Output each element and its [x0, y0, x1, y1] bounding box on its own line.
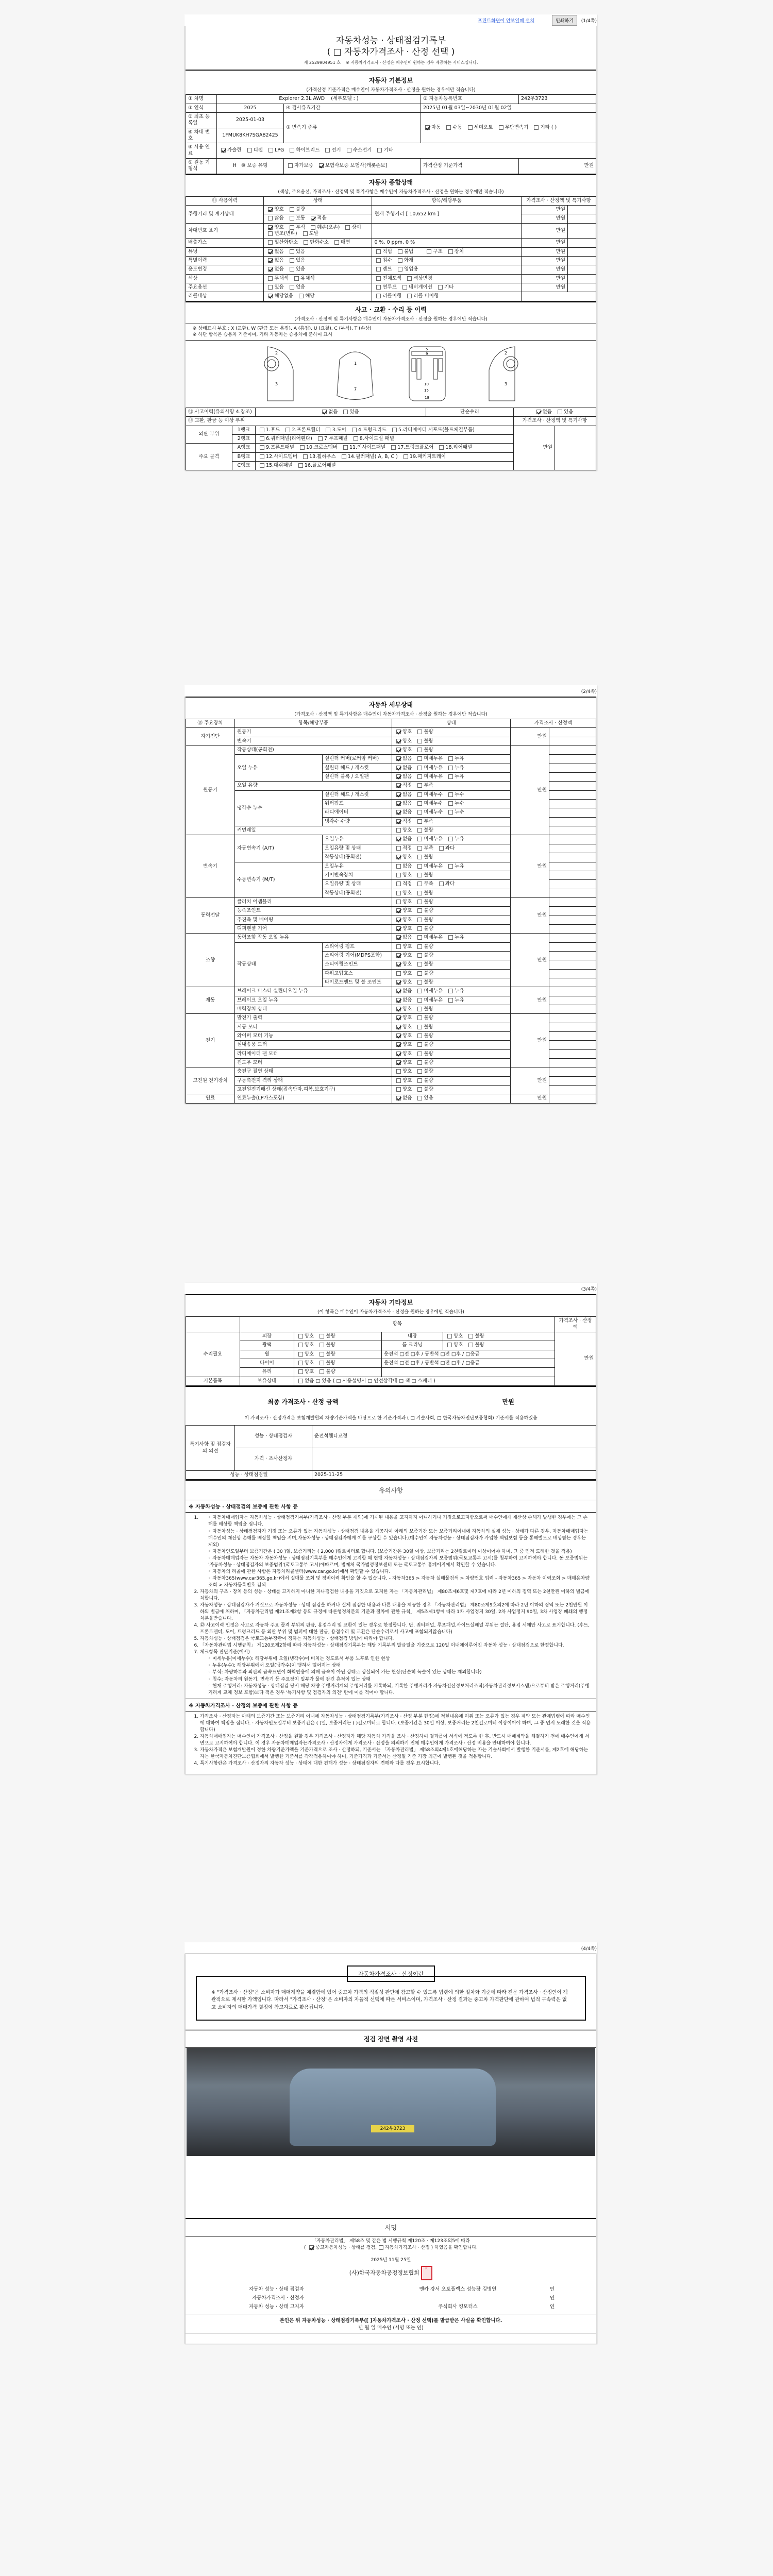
- checkbox-icon[interactable]: [468, 1334, 473, 1338]
- checkbox-icon[interactable]: [499, 125, 503, 130]
- checkbox-option[interactable]: 불량: [415, 953, 433, 958]
- checkbox-icon[interactable]: [417, 810, 422, 815]
- checkbox-icon[interactable]: [268, 240, 273, 245]
- checkbox-icon[interactable]: [320, 1352, 324, 1357]
- checkbox-option[interactable]: 8.사이드실 패널: [351, 436, 394, 442]
- checkbox-icon[interactable]: [298, 463, 303, 468]
- checkbox-option[interactable]: 누유: [446, 863, 464, 869]
- print-button[interactable]: 인쇄하기: [552, 15, 577, 26]
- checkbox-icon[interactable]: [396, 792, 401, 797]
- checkbox-icon[interactable]: [285, 428, 290, 432]
- checkbox-icon[interactable]: [396, 1060, 401, 1065]
- checkbox-option[interactable]: 무단변속기: [497, 125, 529, 130]
- checkbox-icon[interactable]: [448, 998, 453, 1003]
- checkbox-option[interactable]: 양호: [296, 1342, 314, 1348]
- checkbox-icon[interactable]: [290, 267, 294, 272]
- checkbox-option[interactable]: 기타: [375, 147, 393, 153]
- checkbox-icon[interactable]: [417, 864, 422, 869]
- checkbox-icon[interactable]: [396, 926, 401, 931]
- checkbox-option[interactable]: 누수: [446, 801, 464, 806]
- checkbox-icon[interactable]: [417, 1015, 422, 1020]
- checkbox-option[interactable]: 6.쿼터패널(리어휀다): [258, 436, 312, 442]
- checkbox-icon[interactable]: [268, 267, 273, 272]
- checkbox-option[interactable]: 없음: [288, 284, 305, 290]
- checkbox-option[interactable]: 양호: [394, 908, 412, 913]
- checkbox-icon[interactable]: [417, 756, 422, 761]
- checkbox-option[interactable]: 불량: [415, 1060, 433, 1065]
- checkbox-icon[interactable]: [268, 258, 273, 263]
- checkbox-option[interactable]: 양호: [394, 1042, 412, 1047]
- checkbox-icon[interactable]: [417, 792, 422, 797]
- checkbox-icon[interactable]: [268, 148, 273, 152]
- checkbox-option[interactable]: 양호: [394, 747, 412, 753]
- checkbox-option[interactable]: 양호: [394, 827, 412, 833]
- checkbox-icon[interactable]: [439, 882, 444, 886]
- checkbox-option[interactable]: 부족: [415, 845, 433, 851]
- checkbox-option[interactable]: 있음: [288, 258, 305, 263]
- checkbox-icon[interactable]: [377, 148, 382, 152]
- checkbox-icon[interactable]: [320, 1334, 324, 1338]
- checkbox-option[interactable]: 적정: [394, 783, 412, 788]
- checkbox-icon[interactable]: [290, 216, 294, 221]
- checkbox-option[interactable]: 양호: [445, 1333, 463, 1339]
- checkbox-option[interactable]: 있음: [266, 284, 283, 290]
- checkbox-option[interactable]: 장치: [446, 249, 464, 255]
- checkbox-option[interactable]: 양호: [394, 1033, 412, 1039]
- checkbox-option[interactable]: 양호: [394, 1069, 412, 1074]
- checkbox-icon[interactable]: [396, 900, 401, 904]
- checkbox-icon[interactable]: [268, 231, 273, 236]
- checkbox-icon[interactable]: [417, 766, 422, 770]
- checkbox-option[interactable]: 불량: [415, 1087, 433, 1092]
- checkbox-icon[interactable]: [298, 1379, 303, 1383]
- checkbox-option[interactable]: 5.라디에이터 서포트(볼트체결부품): [390, 427, 475, 433]
- checkbox-option[interactable]: 화재: [396, 258, 413, 263]
- checkbox-option[interactable]: 적정: [394, 845, 412, 851]
- checkbox-icon[interactable]: [448, 989, 453, 993]
- checkbox-icon[interactable]: [536, 410, 541, 414]
- checkbox-icon[interactable]: [396, 953, 401, 958]
- checkbox-option[interactable]: 전기: [323, 147, 341, 153]
- checkbox-icon[interactable]: [268, 249, 273, 254]
- checkbox-icon[interactable]: [268, 225, 273, 230]
- checkbox-icon[interactable]: [417, 774, 422, 779]
- checkbox-icon[interactable]: [396, 1096, 401, 1100]
- checkbox-option[interactable]: 매연: [332, 240, 350, 245]
- checkbox-icon[interactable]: [417, 971, 422, 976]
- checkbox-option[interactable]: 불량: [415, 979, 433, 985]
- checkbox-icon[interactable]: [391, 445, 396, 450]
- checkbox-icon[interactable]: [376, 267, 381, 272]
- checkbox-option[interactable]: 과다: [437, 845, 455, 851]
- checkbox-option[interactable]: 없음: [394, 792, 412, 798]
- checkbox-icon[interactable]: [260, 445, 264, 450]
- checkbox-icon[interactable]: [320, 1343, 324, 1347]
- checkbox-icon[interactable]: [417, 900, 422, 904]
- checkbox-icon[interactable]: [268, 276, 273, 281]
- checkbox-option[interactable]: 19.패키지트레이: [401, 454, 446, 460]
- checkbox-option[interactable]: 침수: [374, 258, 392, 263]
- checkbox-icon[interactable]: [354, 436, 358, 441]
- checkbox-icon[interactable]: [396, 1069, 401, 1074]
- checkbox-option[interactable]: 미세누유: [415, 988, 443, 994]
- checkbox-icon[interactable]: [447, 1334, 452, 1338]
- checkbox-icon[interactable]: [334, 240, 339, 245]
- checkbox-icon[interactable]: [260, 463, 264, 468]
- checkbox-icon[interactable]: [268, 216, 273, 221]
- checkbox-icon[interactable]: [417, 837, 422, 841]
- checkbox-option[interactable]: 없음: [394, 997, 412, 1003]
- checkbox-icon[interactable]: [298, 1369, 303, 1374]
- checkbox-option[interactable]: 양호: [394, 854, 412, 860]
- checkbox-icon[interactable]: [396, 1007, 401, 1011]
- checkbox-icon[interactable]: [417, 1042, 422, 1047]
- checkbox-option[interactable]: 세미오토: [466, 125, 493, 130]
- checkbox-option[interactable]: 양호: [394, 1087, 412, 1092]
- checkbox-option[interactable]: 탄화수소: [301, 240, 329, 245]
- checkbox-icon[interactable]: [448, 792, 453, 797]
- checkbox-icon[interactable]: [417, 1025, 422, 1029]
- checkbox-option[interactable]: 없음: [394, 863, 412, 869]
- checkbox-icon[interactable]: [417, 1052, 422, 1056]
- checkbox-icon[interactable]: [402, 285, 407, 290]
- checkbox-icon[interactable]: [446, 125, 451, 130]
- checkbox-option[interactable]: 불법: [396, 249, 413, 255]
- checkbox-option[interactable]: 수소전기: [345, 147, 372, 153]
- checkbox-option[interactable]: 색상변경: [405, 276, 432, 281]
- checkbox-icon[interactable]: [396, 962, 401, 967]
- checkbox-option[interactable]: 하이브리드: [288, 147, 320, 153]
- checkbox-icon[interactable]: [468, 1343, 473, 1347]
- checkbox-icon[interactable]: [398, 249, 402, 254]
- checkbox-icon[interactable]: [396, 980, 401, 985]
- checkbox-option[interactable]: 해당없음: [266, 293, 293, 299]
- checkbox-option[interactable]: 18.리어패널: [437, 445, 472, 450]
- checkbox-icon[interactable]: [221, 148, 226, 152]
- checkbox-option[interactable]: 불량: [415, 890, 433, 896]
- checkbox-option[interactable]: 누수: [446, 809, 464, 815]
- checkbox-option[interactable]: 기타 ( ): [532, 125, 557, 130]
- checkbox-icon[interactable]: [396, 864, 401, 869]
- checkbox-option[interactable]: 누유: [446, 988, 464, 994]
- checkbox-option[interactable]: 누유: [446, 774, 464, 779]
- checkbox-icon[interactable]: [396, 1042, 401, 1047]
- checkbox-icon[interactable]: [417, 980, 422, 985]
- checkbox-icon[interactable]: [448, 756, 453, 761]
- checkbox-icon[interactable]: [417, 908, 422, 913]
- checkbox-icon[interactable]: [298, 1343, 303, 1347]
- checkbox-option[interactable]: 불량: [317, 1342, 335, 1348]
- checkbox-icon[interactable]: [448, 774, 453, 779]
- checkbox-option[interactable]: 양호: [394, 1006, 412, 1012]
- checkbox-icon[interactable]: [318, 436, 323, 441]
- checkbox-icon[interactable]: [417, 891, 422, 895]
- checkbox-icon[interactable]: [396, 828, 401, 833]
- checkbox-option[interactable]: 없음: [266, 266, 283, 272]
- checkbox-option[interactable]: 불량: [415, 1024, 433, 1030]
- checkbox-icon[interactable]: [290, 148, 294, 152]
- checkbox-option[interactable]: 불량: [415, 738, 433, 744]
- checkbox-icon[interactable]: [396, 846, 401, 851]
- checkbox-icon[interactable]: [345, 225, 350, 230]
- checkbox-icon[interactable]: [352, 428, 357, 432]
- checkbox-option[interactable]: 도말: [301, 231, 318, 236]
- checkbox-icon[interactable]: [417, 739, 422, 743]
- checkbox-icon[interactable]: [396, 918, 401, 922]
- checkbox-option[interactable]: 유채색: [292, 276, 315, 281]
- checkbox-option[interactable]: 양호: [394, 738, 412, 744]
- checkbox-icon[interactable]: [417, 1033, 422, 1038]
- checkbox-icon[interactable]: [376, 258, 381, 263]
- checkbox-option[interactable]: 해당: [297, 293, 314, 299]
- checkbox-icon[interactable]: [260, 454, 264, 459]
- checkbox-icon[interactable]: [290, 225, 294, 230]
- checkbox-icon[interactable]: [534, 125, 539, 130]
- checkbox-icon[interactable]: [320, 1361, 324, 1365]
- checkbox-option[interactable]: 없음: [394, 801, 412, 806]
- checkbox-option[interactable]: 불량: [415, 729, 433, 735]
- checkbox-option[interactable]: 적법: [374, 249, 392, 255]
- checkbox-option[interactable]: 양호: [394, 899, 412, 905]
- checkbox-icon[interactable]: [303, 231, 308, 236]
- checkbox-icon[interactable]: [342, 454, 346, 459]
- checkbox-icon[interactable]: [417, 926, 422, 931]
- checkbox-option[interactable]: 디젤: [245, 147, 263, 153]
- checkbox-option[interactable]: 양호: [296, 1369, 314, 1375]
- checkbox-option[interactable]: 9.프론트패널: [258, 445, 294, 450]
- checkbox-icon[interactable]: [304, 240, 308, 245]
- checkbox-icon[interactable]: [298, 1334, 303, 1338]
- checkbox-icon[interactable]: [396, 766, 401, 770]
- checkbox-option[interactable]: 전체도색: [374, 276, 401, 281]
- checkbox-option[interactable]: 렌트: [374, 266, 392, 272]
- checkbox-option[interactable]: 가솔린: [219, 147, 242, 153]
- checkbox-option[interactable]: 양호: [266, 225, 283, 230]
- checkbox-option[interactable]: 양호: [394, 961, 412, 967]
- checkbox-option[interactable]: 양호: [394, 979, 412, 985]
- checkbox-option[interactable]: 있음: [341, 409, 359, 415]
- checkbox-icon[interactable]: [347, 148, 351, 152]
- checkbox-icon[interactable]: [396, 1087, 401, 1092]
- checkbox-icon[interactable]: [396, 989, 401, 993]
- checkbox-option[interactable]: 불량: [415, 1042, 433, 1047]
- checkbox-icon[interactable]: [417, 953, 422, 958]
- checkbox-icon[interactable]: [396, 873, 401, 877]
- checkbox-option[interactable]: 부족: [415, 783, 433, 788]
- checkbox-option[interactable]: 부식: [288, 225, 305, 230]
- checkbox-option[interactable]: 미세누유: [415, 997, 443, 1003]
- checkbox-option[interactable]: 없음: [394, 774, 412, 779]
- checkbox-option[interactable]: 양호: [296, 1360, 314, 1366]
- checkbox-option[interactable]: 자가보증: [286, 163, 313, 168]
- checkbox-icon[interactable]: [417, 935, 422, 940]
- checkbox-option[interactable]: 자동: [423, 125, 441, 130]
- checkbox-option[interactable]: 미세누수: [415, 792, 443, 798]
- checkbox-icon[interactable]: [247, 148, 252, 152]
- checkbox-icon[interactable]: [343, 445, 348, 450]
- checkbox-icon[interactable]: [407, 294, 412, 298]
- checkbox-icon[interactable]: [303, 454, 308, 459]
- checkbox-option[interactable]: 없음: [394, 765, 412, 771]
- checkbox-option[interactable]: 썬루프: [374, 284, 397, 290]
- checkbox-icon[interactable]: [448, 766, 453, 770]
- checkbox-icon[interactable]: [298, 1352, 303, 1357]
- checkbox-icon[interactable]: [396, 1052, 401, 1056]
- checkbox-option[interactable]: 불량: [317, 1333, 335, 1339]
- checkbox-option[interactable]: 불량: [415, 827, 433, 833]
- checkbox-option[interactable]: 양호: [394, 953, 412, 958]
- checkbox-option[interactable]: 상이: [343, 225, 361, 230]
- checkbox-option[interactable]: 변조(변타): [266, 231, 297, 236]
- checkbox-icon[interactable]: [396, 730, 401, 734]
- checkbox-option[interactable]: 불량: [415, 917, 433, 923]
- checkbox-option[interactable]: 불량: [288, 207, 305, 212]
- checkbox-option[interactable]: 적정: [394, 819, 412, 824]
- checkbox-icon[interactable]: [396, 891, 401, 895]
- checkbox-icon[interactable]: [417, 748, 422, 752]
- checkbox-icon[interactable]: [396, 935, 401, 940]
- checkbox-icon[interactable]: [298, 1361, 303, 1365]
- checkbox-option[interactable]: 불량: [415, 944, 433, 950]
- checkbox-option[interactable]: 보통: [288, 215, 305, 221]
- checkbox-icon[interactable]: [396, 944, 401, 949]
- checkbox-option[interactable]: 양호: [296, 1351, 314, 1357]
- checkbox-icon[interactable]: [260, 436, 264, 441]
- checkbox-option[interactable]: 미세누수: [415, 809, 443, 815]
- checkbox-option[interactable]: 미세누유: [415, 774, 443, 779]
- checkbox-option[interactable]: 미세누유: [415, 863, 443, 869]
- checkbox-icon[interactable]: [417, 1087, 422, 1092]
- checkbox-option[interactable]: 양호: [394, 917, 412, 923]
- checkbox-icon[interactable]: [417, 1069, 422, 1074]
- checkbox-icon[interactable]: [326, 428, 330, 432]
- checkbox-option[interactable]: 양호: [394, 890, 412, 896]
- checkbox-option[interactable]: 영업용: [396, 266, 418, 272]
- checkbox-icon[interactable]: [417, 855, 422, 859]
- checkbox-option[interactable]: 없음: [266, 249, 283, 255]
- checkbox-option[interactable]: 리콜 미이행: [405, 293, 439, 299]
- checkbox-option[interactable]: 양호: [394, 729, 412, 735]
- checkbox-option[interactable]: 불량: [415, 854, 433, 860]
- checkbox-icon[interactable]: [325, 148, 330, 152]
- checkbox-option[interactable]: 없음: [534, 409, 552, 415]
- checkbox-icon[interactable]: [322, 410, 327, 414]
- checkbox-option[interactable]: 누유: [446, 997, 464, 1003]
- checkbox-icon[interactable]: [417, 819, 422, 824]
- checkbox-option[interactable]: 무채색: [266, 276, 289, 281]
- checkbox-icon[interactable]: [288, 163, 293, 168]
- checkbox-icon[interactable]: [448, 864, 453, 869]
- checkbox-icon[interactable]: [396, 774, 401, 779]
- checkbox-option[interactable]: 없음: [394, 756, 412, 761]
- checkbox-option[interactable]: 양호: [394, 1060, 412, 1065]
- checkbox-option[interactable]: 네비게이션: [400, 284, 432, 290]
- checkbox-option[interactable]: 있음: [288, 266, 305, 272]
- checkbox-icon[interactable]: [396, 801, 401, 806]
- checkbox-option[interactable]: 적정: [394, 881, 412, 887]
- checkbox-icon[interactable]: [294, 276, 299, 281]
- checkbox-icon[interactable]: [398, 258, 402, 263]
- checkbox-icon[interactable]: [448, 249, 453, 254]
- checkbox-option[interactable]: 없음: [320, 409, 338, 415]
- checkbox-option[interactable]: 없음: [394, 935, 412, 940]
- checkbox-option[interactable]: 미세누유: [415, 756, 443, 761]
- checkbox-option[interactable]: 보험사보증 보험사[캐롯손보]: [317, 163, 388, 168]
- checkbox-option[interactable]: 일산화탄소: [266, 240, 298, 245]
- checkbox-icon[interactable]: [447, 1343, 452, 1347]
- checkbox-icon[interactable]: [558, 410, 562, 414]
- checkbox-icon[interactable]: [396, 971, 401, 976]
- checkbox-option[interactable]: 불량: [415, 1069, 433, 1074]
- checkbox-icon[interactable]: [290, 249, 294, 254]
- checkbox-option[interactable]: 16.플로어패널: [296, 463, 336, 468]
- checkbox-option[interactable]: 4.트렁크리드: [350, 427, 386, 433]
- checkbox-option[interactable]: 없음: [394, 809, 412, 815]
- checkbox-option[interactable]: 양호: [394, 944, 412, 950]
- checkbox-icon[interactable]: [290, 207, 294, 212]
- checkbox-option[interactable]: 불량: [415, 872, 433, 878]
- checkbox-icon[interactable]: [268, 294, 273, 298]
- checkbox-icon[interactable]: [425, 125, 430, 130]
- checkbox-option[interactable]: 불량: [415, 1051, 433, 1057]
- checkbox-option[interactable]: 누유: [446, 836, 464, 842]
- print-help-link[interactable]: 프린트화면이 안보일때 설치: [478, 17, 534, 24]
- checkbox-option[interactable]: 없음: [394, 836, 412, 842]
- checkbox-icon[interactable]: [268, 285, 273, 290]
- checkbox-icon[interactable]: [417, 944, 422, 949]
- checkbox-option[interactable]: 1.후드: [258, 427, 280, 433]
- checkbox-option[interactable]: 13.휠하우스: [301, 454, 336, 460]
- checkbox-icon[interactable]: [396, 1025, 401, 1029]
- checkbox-option[interactable]: 불량: [415, 908, 433, 913]
- checkbox-option[interactable]: 양호: [394, 926, 412, 931]
- checkbox-option[interactable]: 과다: [437, 881, 455, 887]
- checkbox-icon[interactable]: [417, 998, 422, 1003]
- checkbox-icon[interactable]: [376, 285, 381, 290]
- checkbox-icon[interactable]: [417, 1096, 422, 1100]
- checkbox-icon[interactable]: [376, 249, 381, 254]
- checkbox-option[interactable]: 불량: [415, 1078, 433, 1083]
- checkbox-icon[interactable]: [438, 285, 443, 290]
- checkbox-option[interactable]: 불량: [415, 1006, 433, 1012]
- checkbox-icon[interactable]: [396, 908, 401, 913]
- checkbox-option[interactable]: 훼손(오손): [309, 225, 340, 230]
- checkbox-icon[interactable]: [343, 410, 348, 414]
- checkbox-icon[interactable]: [448, 801, 453, 806]
- checkbox-icon[interactable]: [468, 125, 473, 130]
- checkbox-option[interactable]: 누유: [446, 935, 464, 940]
- checkbox-icon[interactable]: [320, 1369, 324, 1374]
- checkbox-option[interactable]: 양호: [394, 1015, 412, 1021]
- checkbox-option[interactable]: 양호: [296, 1333, 314, 1339]
- checkbox-option[interactable]: 불량: [415, 961, 433, 967]
- checkbox-option[interactable]: 양호: [394, 971, 412, 976]
- checkbox-icon[interactable]: [448, 935, 453, 940]
- checkbox-icon[interactable]: [290, 285, 294, 290]
- checkbox-option[interactable]: 불량: [466, 1342, 484, 1348]
- checkbox-option[interactable]: 많음: [266, 215, 283, 221]
- checkbox-option[interactable]: 7.루프패널: [316, 436, 348, 442]
- checkbox-icon[interactable]: [427, 249, 431, 254]
- checkbox-option[interactable]: 14.필러패널( A, B, C ): [340, 454, 398, 460]
- checkbox-option[interactable]: 불량: [415, 747, 433, 753]
- checkbox-icon[interactable]: [448, 810, 453, 815]
- checkbox-option[interactable]: 누유: [446, 756, 464, 761]
- checkbox-option[interactable]: 기타: [436, 284, 453, 290]
- checkbox-option[interactable]: 적음: [309, 215, 326, 221]
- checkbox-option[interactable]: 불량: [415, 1033, 433, 1039]
- checkbox-option[interactable]: 부족: [415, 819, 433, 824]
